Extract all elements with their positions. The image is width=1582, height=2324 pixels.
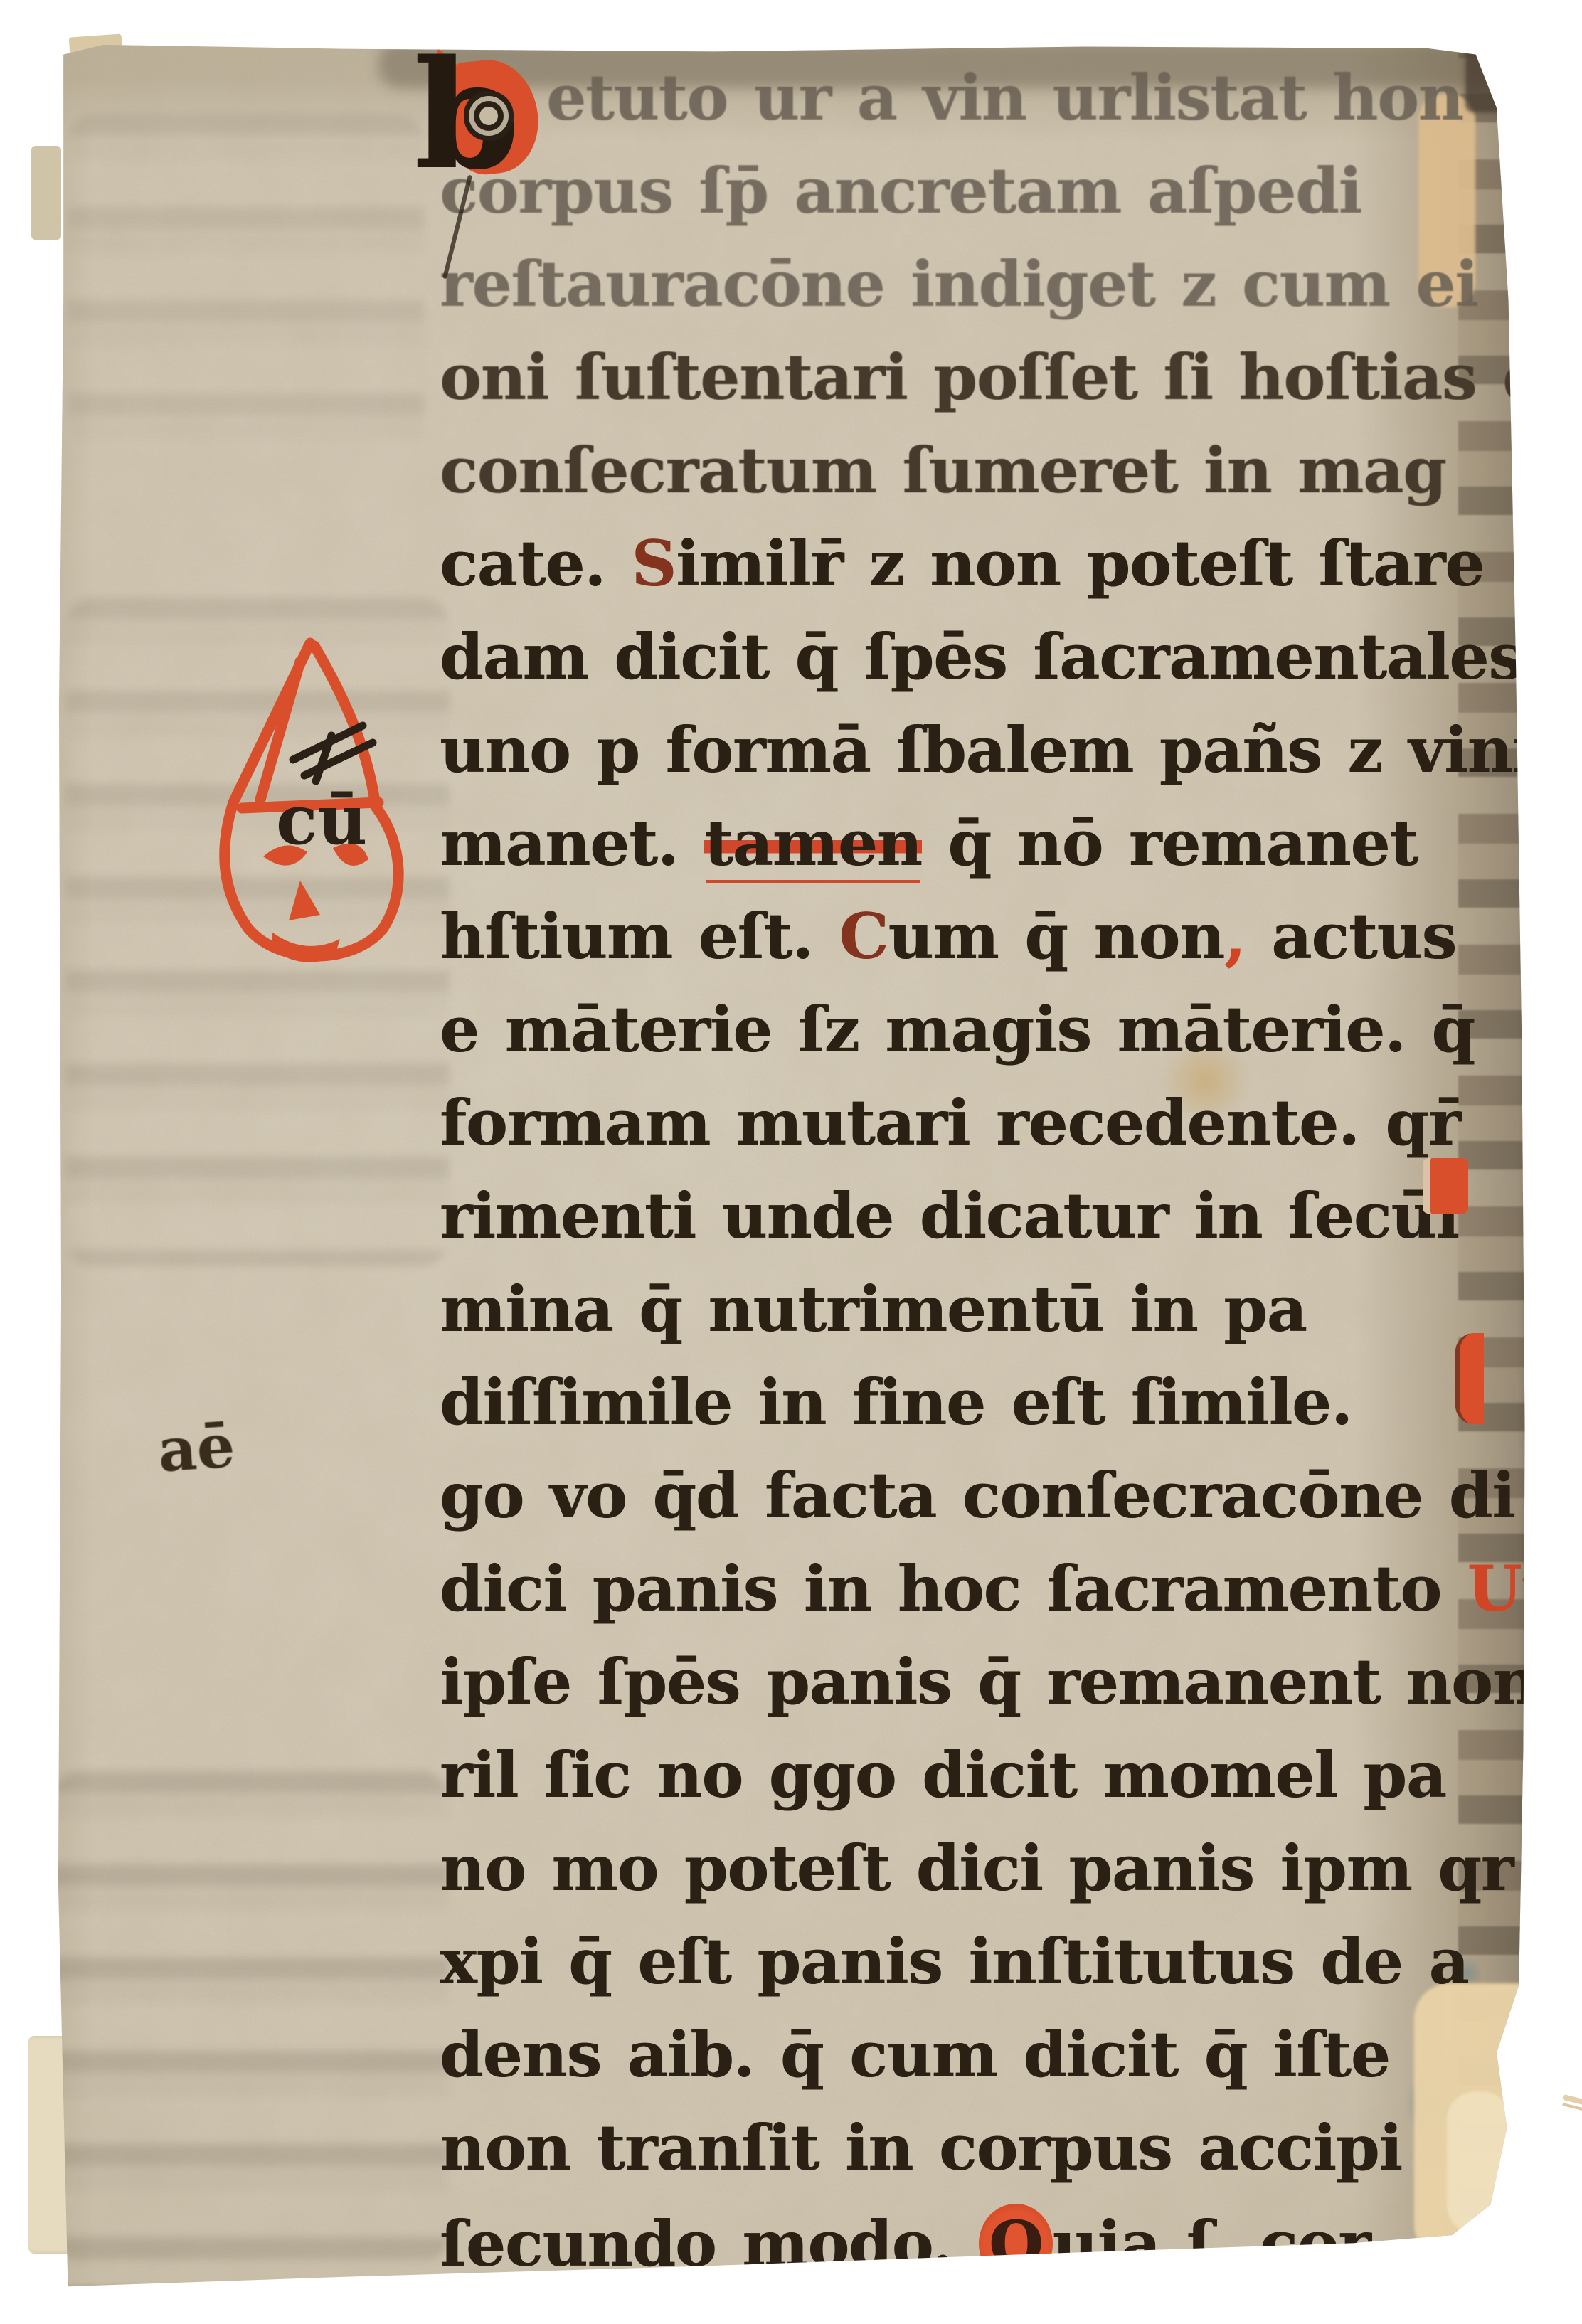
text-line-9: manet. tamen q̄ nō remanet — [440, 806, 1418, 899]
ink-segment: , — [1224, 899, 1246, 973]
doodle-label: cū — [276, 780, 367, 860]
text-line-19: ril ſic no ggo dicit momel pa — [440, 1738, 1446, 1831]
text-block: etuto ur a vin urlistat honcorpus ſp̄ an… — [44, 28, 1532, 2291]
text-line-17: dici panis in hoc ſacramento Ut — [440, 1551, 1549, 1645]
ink-segment: ipſe ſpēs panis q̄ remanent non — [440, 1645, 1537, 1719]
ink-segment: no mo poteſt dici panis ipm qr — [440, 1831, 1513, 1905]
parchment-page: etuto ur a vin urlistat honcorpus ſp̄ an… — [44, 28, 1532, 2291]
ink-segment: e māterie ſz magis māterie. q̄ — [440, 992, 1475, 1066]
ink-segment: dam dicit q̄ ſpēs ſacramentales — [440, 620, 1523, 694]
ink-segment: actus — [1246, 899, 1456, 973]
ink-segment: go vo q̄d facta conſecracōne di — [440, 1458, 1515, 1532]
initial-letter: b — [414, 27, 519, 203]
text-line-22: dens aib. q̄ cum dicit q̄ iſte — [440, 2017, 1390, 2111]
text-line-13: rimenti unde dicatur in ſecūl — [440, 1179, 1459, 1272]
under-leaf-left-tab — [31, 146, 61, 240]
ink-segment: tamen — [704, 806, 922, 880]
text-line-7: dam dicit q̄ ſpēs ſacramentales — [440, 620, 1523, 713]
text-line-14: mina q̄ nutrimentū in pa — [440, 1272, 1307, 1365]
text-line-5: conſecratum ſumeret in mag — [440, 433, 1446, 526]
ink-segment: diſſimile in fine eſt ſimile. — [440, 1365, 1352, 1439]
text-line-15: diſſimile in fine eſt ſimile. — [440, 1365, 1352, 1458]
ink-segment: um q̄ non — [888, 899, 1224, 973]
ink-segment: Q — [979, 2204, 1053, 2283]
binding-thread — [1562, 2094, 1582, 2111]
ink-segment: uia ſ. cor — [1053, 2207, 1371, 2281]
text-line-18: ipſe ſpēs panis q̄ remanent non — [440, 1645, 1537, 1738]
ink-segment: etuto ur a vin urlistat hon — [546, 60, 1463, 134]
ink-segment: corpus ſp̄ ancretam aſpedi — [440, 154, 1361, 228]
ink-segment: rimenti unde dicatur in ſecūl — [440, 1179, 1459, 1253]
ink-segment: manet. — [440, 806, 704, 880]
text-line-20: no mo poteſt dici panis ipm qr — [440, 1831, 1513, 1924]
ink-segment: ril ſic no ggo dicit momel pa — [440, 1738, 1446, 1812]
ink-segment: ſecundo modo. — [440, 2207, 979, 2281]
ink-segment: dici panis in hoc ſacramento — [440, 1551, 1467, 1625]
ink-segment: hſtium eſt. — [440, 899, 839, 973]
text-line-2: corpus ſp̄ ancretam aſpedi — [440, 154, 1361, 247]
ink-segment: imilr̄ z non poteſt ſtare — [676, 526, 1484, 600]
text-line-3: reſtauracōne indiget z cum ei — [440, 247, 1478, 340]
text-line-16: go vo q̄d facta conſecracōne di — [440, 1458, 1515, 1551]
text-line-11: e māterie ſz magis māterie. q̄ — [440, 992, 1475, 1086]
red-cut-letter — [1423, 1158, 1468, 1214]
ink-segment: non tranſit in corpus accipi — [440, 2111, 1402, 2185]
ink-segment: xpi q̄ eſt panis inſtitutus de a — [440, 1924, 1468, 1998]
ink-segment: mina q̄ nutrimentū in pa — [440, 1272, 1307, 1346]
red-pilcrow-cut — [1455, 1333, 1484, 1424]
ink-segment: C — [839, 899, 888, 973]
ink-segment: conſecratum ſumeret in mag — [440, 433, 1446, 507]
ink-segment: q̄ nō remanet — [922, 806, 1418, 880]
text-line-21: xpi q̄ eſt panis inſtitutus de a — [440, 1924, 1468, 2017]
marginal-face-doodle: cū — [192, 630, 434, 986]
text-line-10: hſtium eſt. Cum q̄ non, actus — [440, 899, 1456, 992]
text-line-6: cate. Similr̄ z non poteſt ſtare — [440, 526, 1484, 620]
text-line-8: uno p formā ſbalem pañs z vini — [440, 713, 1535, 806]
ink-segment: S — [632, 526, 676, 600]
ink-segment: formam mutari recedente. qr̄ — [440, 1086, 1460, 1160]
initial-bullseye-ornament — [479, 107, 498, 125]
text-line-4: oni ſuſtentari poſſet ſi hoſtias de — [440, 340, 1582, 433]
text-line-24: ſecundo modo. Quia ſ. cor — [440, 2204, 1371, 2297]
ink-segment: dens aib. q̄ cum dicit q̄ iſte — [440, 2017, 1390, 2091]
ink-segment: reſtauracōne indiget z cum ei — [440, 247, 1478, 321]
text-line-1: etuto ur a vin urlistat hon — [440, 60, 1463, 154]
ink-segment: uno p formā ſbalem pañs z vini — [440, 713, 1535, 787]
ink-segment: oni ſuſtentari poſſet ſi hoſtias de — [440, 340, 1582, 414]
marginal-gloss: aē — [156, 1410, 238, 1485]
ink-segment: cate. — [440, 526, 632, 600]
rubricated-initial: b — [414, 47, 549, 196]
ink-segment: Ut — [1467, 1551, 1549, 1625]
text-line-23: non tranſit in corpus accipi — [440, 2111, 1402, 2204]
text-line-12: formam mutari recedente. qr̄ — [440, 1086, 1460, 1179]
manuscript-photo: etuto ur a vin urlistat honcorpus ſp̄ an… — [0, 0, 1582, 2324]
